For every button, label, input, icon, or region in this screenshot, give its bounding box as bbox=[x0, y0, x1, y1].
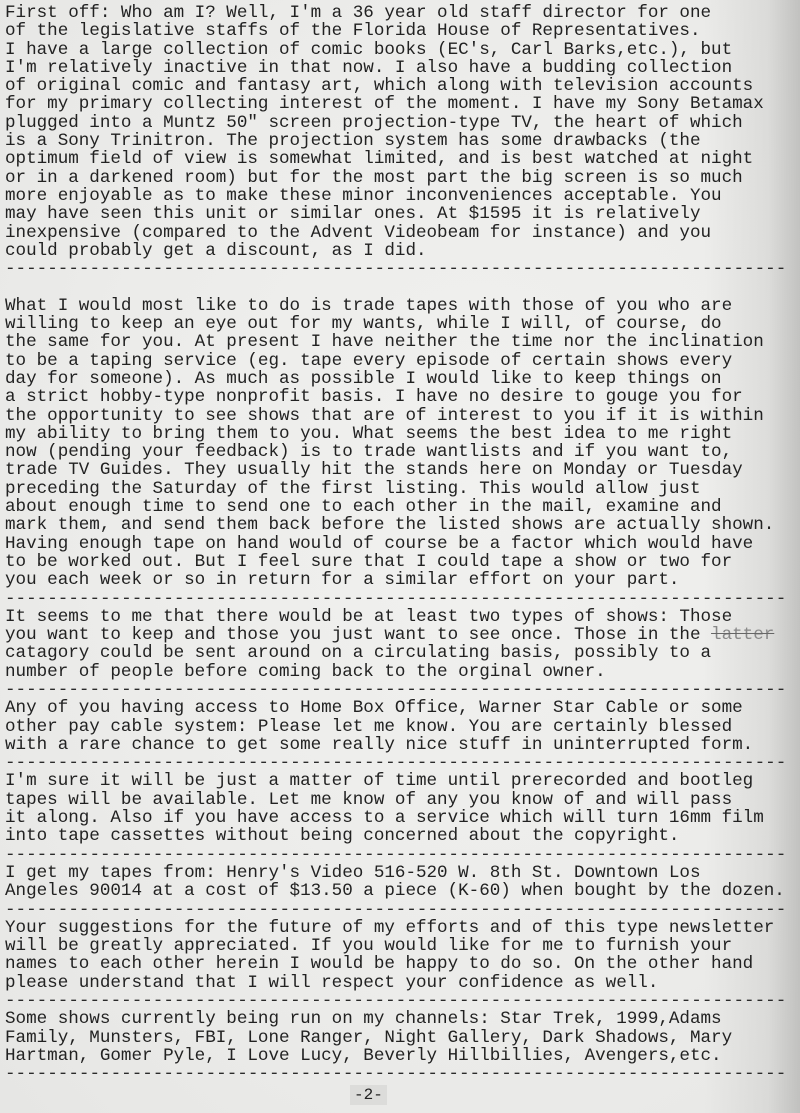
section-divider: ----------------------------------------… bbox=[5, 992, 800, 1010]
text-line: the opportunity to see shows that are of… bbox=[5, 407, 800, 425]
text-line: preceding the Saturday of the first list… bbox=[5, 480, 800, 498]
text-line: other pay cable system: Please let me kn… bbox=[5, 718, 800, 736]
text-line: Hartman, Gomer Pyle, I Love Lucy, Beverl… bbox=[5, 1047, 800, 1065]
text-line: or in a darkened room) but for the most … bbox=[5, 169, 800, 187]
text-line: you want to keep and those you just want… bbox=[5, 626, 800, 644]
text-line: Your suggestions for the future of my ef… bbox=[5, 919, 800, 937]
text-line: Angeles 90014 at a cost of $13.50 a piec… bbox=[5, 882, 800, 900]
text-line: of original comic and fantasy art, which… bbox=[5, 77, 800, 95]
text-line: is a Sony Trinitron. The projection syst… bbox=[5, 132, 800, 150]
text-line: for my primary collecting interest of th… bbox=[5, 95, 800, 113]
text-line: into tape cassettes without being concer… bbox=[5, 827, 800, 845]
document-body: First off: Who am I? Well, I'm a 36 year… bbox=[5, 4, 800, 1084]
text-line: could probably get a discount, as I did. bbox=[5, 242, 800, 260]
text-line: inexpensive (compared to the Advent Vide… bbox=[5, 224, 800, 242]
struck-word: latter bbox=[711, 625, 774, 645]
section-divider: ----------------------------------------… bbox=[5, 681, 800, 699]
text-line: day for someone). As much as possible I … bbox=[5, 370, 800, 388]
document-page: First off: Who am I? Well, I'm a 36 year… bbox=[0, 0, 800, 1113]
section-types-of-shows: It seems to me that there would be at le… bbox=[5, 608, 800, 681]
text-line: It seems to me that there would be at le… bbox=[5, 608, 800, 626]
text-line: What I would most like to do is trade ta… bbox=[5, 297, 800, 315]
text-line-part: you want to keep and those you just want… bbox=[5, 625, 711, 645]
text-line: to be a taping service (eg. tape every e… bbox=[5, 352, 800, 370]
text-line: Some shows currently being run on my cha… bbox=[5, 1010, 800, 1028]
text-line: now (pending your feedback) is to trade … bbox=[5, 443, 800, 461]
text-line: of the legislative staffs of the Florida… bbox=[5, 22, 800, 40]
section-divider: ----------------------------------------… bbox=[5, 754, 800, 772]
text-line: will be greatly appreciated. If you woul… bbox=[5, 937, 800, 955]
text-line: I have a large collection of comic books… bbox=[5, 41, 800, 59]
text-line: willing to keep an eye out for my wants,… bbox=[5, 315, 800, 333]
text-line: to be worked out. But I feel sure that I… bbox=[5, 553, 800, 571]
section-prerecorded-tapes: I'm sure it will be just a matter of tim… bbox=[5, 772, 800, 845]
text-line: number of people before coming back to t… bbox=[5, 663, 800, 681]
section-divider: ----------------------------------------… bbox=[5, 590, 800, 608]
text-line: catagory could be sent around on a circu… bbox=[5, 644, 800, 662]
text-line: Having enough tape on hand would of cour… bbox=[5, 535, 800, 553]
section-suggestions: Your suggestions for the future of my ef… bbox=[5, 919, 800, 992]
section-divider: ----------------------------------------… bbox=[5, 846, 800, 864]
text-line: a strict hobby-type nonprofit basis. I h… bbox=[5, 388, 800, 406]
text-line: First off: Who am I? Well, I'm a 36 year… bbox=[5, 4, 800, 22]
text-line: names to each other herein I would be ha… bbox=[5, 955, 800, 973]
section-tape-source: I get my tapes from: Henry's Video 516-5… bbox=[5, 864, 800, 901]
text-line: Family, Munsters, FBI, Lone Ranger, Nigh… bbox=[5, 1029, 800, 1047]
text-line: about enough time to send one to each ot… bbox=[5, 498, 800, 516]
section-divider: ----------------------------------------… bbox=[5, 1065, 800, 1083]
page-number: -2- bbox=[350, 1085, 387, 1105]
text-line: I get my tapes from: Henry's Video 516-5… bbox=[5, 864, 800, 882]
section-introduction: First off: Who am I? Well, I'm a 36 year… bbox=[5, 4, 800, 260]
text-line: please understand that I will respect yo… bbox=[5, 974, 800, 992]
text-line: the same for you. At present I have neit… bbox=[5, 333, 800, 351]
text-line: optimum field of view is somewhat limite… bbox=[5, 150, 800, 168]
text-line: I'm relatively inactive in that now. I a… bbox=[5, 59, 800, 77]
text-line: plugged into a Muntz 50" screen projecti… bbox=[5, 114, 800, 132]
text-line: it along. Also if you have access to a s… bbox=[5, 809, 800, 827]
text-line: you each week or so in return for a simi… bbox=[5, 571, 800, 589]
text-line: mark them, and send them back before the… bbox=[5, 516, 800, 534]
text-line: more enjoyable as to make these minor in… bbox=[5, 187, 800, 205]
text-line: my ability to bring them to you. What se… bbox=[5, 425, 800, 443]
section-pay-cable: Any of you having access to Home Box Off… bbox=[5, 699, 800, 754]
section-divider: ----------------------------------------… bbox=[5, 901, 800, 919]
blank-line bbox=[5, 278, 800, 296]
text-line: trade TV Guides. They usually hit the st… bbox=[5, 461, 800, 479]
section-divider: ----------------------------------------… bbox=[5, 260, 800, 278]
text-line: may have seen this unit or similar ones.… bbox=[5, 205, 800, 223]
text-line: with a rare chance to get some really ni… bbox=[5, 736, 800, 754]
text-line: tapes will be available. Let me know of … bbox=[5, 791, 800, 809]
text-line: Any of you having access to Home Box Off… bbox=[5, 699, 800, 717]
text-line: I'm sure it will be just a matter of tim… bbox=[5, 772, 800, 790]
section-trading-tapes: What I would most like to do is trade ta… bbox=[5, 297, 800, 590]
section-current-shows: Some shows currently being run on my cha… bbox=[5, 1010, 800, 1065]
